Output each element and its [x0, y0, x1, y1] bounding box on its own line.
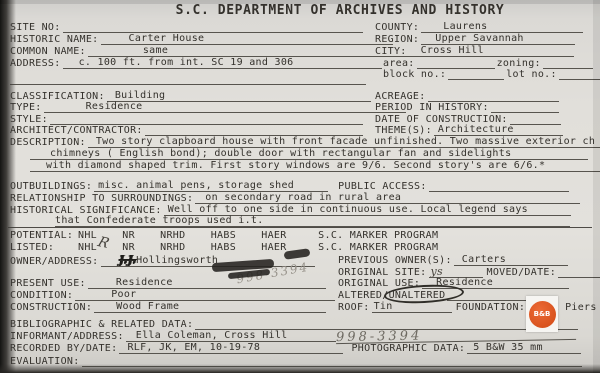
field-block-lot: block no.: lot no.: — [383, 68, 600, 80]
relationship-label: RELATIONSHIP TO SURROUNDINGS: — [10, 193, 193, 204]
recorded-value: RLF, JK, EM, 10-19-78 — [119, 342, 343, 354]
roof-label: ROOF: — [338, 302, 370, 313]
region-value: Upper Savannah — [421, 33, 575, 45]
field-evaluation: EVALUATION: — [10, 355, 582, 367]
field-recorded: RECORDED BY/DATE: RLF, JK, EM, 10-19-78 … — [10, 342, 581, 354]
field-relationship: RELATIONSHIP TO SURROUNDINGS: on seconda… — [10, 192, 580, 204]
type-value: Residence — [44, 101, 406, 113]
field-address-cont — [10, 73, 366, 85]
construction-label: CONSTRUCTION: — [10, 302, 92, 313]
field-previous-owner: PREVIOUS OWNER(S): Carters — [338, 254, 568, 266]
common-name-value: same — [88, 45, 420, 57]
field-county: COUNTY: Laurens — [375, 21, 583, 33]
bibliographic-label: BIBLIOGRAPHIC & RELATED DATA: — [10, 319, 193, 330]
field-type: TYPE: Residence — [10, 101, 406, 113]
watermark-logo: B&B — [526, 296, 558, 332]
field-condition: CONDITION: Poor — [10, 289, 335, 301]
description-line3: with diamond shaped trim. First story wi… — [30, 160, 600, 172]
field-roof-foundation: ROOF: Tin FOUNDATION: Brick Piers — [338, 301, 597, 313]
city-value: Cross Hill — [409, 45, 574, 57]
field-description: DESCRIPTION: Two story clapboard house w… — [10, 136, 600, 148]
site-no-label: SITE NO: — [10, 22, 61, 33]
field-city: CITY: Cross Hill — [375, 45, 574, 57]
field-bibliographic: BIBLIOGRAPHIC & RELATED DATA: — [10, 318, 578, 330]
field-common-name: COMMON NAME: same — [10, 45, 420, 57]
condition-value: Poor — [75, 289, 335, 301]
description-label: DESCRIPTION: — [10, 137, 86, 148]
block-no-label: block no.: — [383, 69, 446, 80]
photographic-value: 5 B&W 35 mm — [467, 342, 581, 354]
owner-label: OWNER/ADDRESS: — [10, 256, 99, 267]
listed-label: LISTED: — [10, 242, 76, 253]
field-period: PERIOD IN HISTORY: — [375, 101, 559, 113]
field-informant: INFORMANT/ADDRESS: Ella Coleman, Cross H… — [10, 330, 576, 342]
section-divider — [8, 227, 592, 228]
informant-label: INFORMANT/ADDRESS: — [10, 331, 124, 342]
watermark-logo-icon: B&B — [529, 301, 556, 328]
potential-options: NHL NR NRHD HABS HAER S.C. MARKER PROGRA… — [78, 230, 438, 241]
field-description-line2: chimneys ( English bond); double door wi… — [30, 148, 588, 160]
field-historic-name: HISTORIC NAME: Carter House — [10, 33, 393, 45]
lot-no-label: lot no.: — [506, 69, 557, 80]
present-use-label: PRESENT USE: — [10, 278, 86, 289]
county-label: COUNTY: — [375, 22, 419, 33]
address-cont-line — [10, 73, 366, 85]
listed-options: NHL NR NRHD HABS HAER S.C. MARKER PROGRA… — [78, 242, 438, 253]
potential-label: POTENTIAL: — [10, 230, 76, 241]
site-no-value — [63, 21, 363, 33]
description-line1: Two story clapboard house with front fac… — [88, 136, 600, 148]
informant-value: Ella Coleman, Cross Hill — [126, 330, 336, 342]
recorded-label: RECORDED BY/DATE: — [10, 343, 117, 354]
construction-value: Wood Frame — [94, 301, 326, 313]
outbuildings-value: misc. animal pens, storage shed — [94, 180, 328, 192]
field-potential: POTENTIAL: NHL NR NRHD HABS HAER S.C. MA… — [10, 230, 438, 241]
field-construction: CONSTRUCTION: Wood Frame — [10, 301, 326, 313]
owner-typed-name: Hollingsworth — [136, 255, 218, 266]
lot-no-value — [559, 68, 600, 80]
themes-label: THEME(S): — [375, 125, 432, 136]
present-use-value: Residence — [88, 277, 326, 289]
address-label: ADDRESS: — [10, 58, 61, 69]
historic-name-value: Carter House — [101, 33, 393, 45]
field-themes: THEME(S): Architecture — [375, 124, 563, 136]
themes-value: Architecture — [434, 124, 563, 136]
field-address: ADDRESS: c. 100 ft. from int. SC 19 and … — [10, 57, 382, 69]
architect-label: ARCHITECT/CONTRACTOR: — [10, 125, 143, 136]
evaluation-value — [82, 355, 582, 367]
field-site-no: SITE NO: — [10, 21, 363, 33]
county-value: Laurens — [421, 21, 583, 33]
field-description-line3: with diamond shaped trim. First story wi… — [30, 160, 600, 172]
field-historical-line2: that Confederate troops used i.t. — [55, 215, 570, 227]
relationship-value: on secondary road in rural area — [195, 192, 580, 204]
region-label: REGION: — [375, 34, 419, 45]
common-name-label: COMMON NAME: — [10, 46, 86, 57]
period-value — [491, 101, 559, 113]
type-label: TYPE: — [10, 102, 42, 113]
field-outbuildings: OUTBUILDINGS: misc. animal pens, storage… — [10, 180, 569, 192]
city-label: CITY: — [375, 46, 407, 57]
description-line2: chimneys ( English bond); double door wi… — [30, 148, 588, 160]
photographic-label: PHOTOGRAPHIC DATA: — [351, 343, 465, 354]
public-access-value — [429, 180, 569, 192]
field-present-use: PRESENT USE: Residence — [10, 277, 326, 289]
historical-line2: that Confederate troops used i.t. — [55, 215, 570, 227]
architect-value — [145, 124, 363, 136]
handwritten-owner-initials: J.J. — [119, 254, 137, 266]
previous-owner-label: PREVIOUS OWNER(S): — [338, 255, 452, 266]
scanned-form-page: S.C. DEPARTMENT OF ARCHIVES AND HISTORY … — [0, 0, 600, 373]
historic-name-label: HISTORIC NAME: — [10, 34, 99, 45]
address-value: c. 100 ft. from int. SC 19 and 306 — [63, 57, 382, 69]
evaluation-label: EVALUATION: — [10, 356, 80, 367]
field-listed: LISTED: NHL NR NRHD HABS HAER S.C. MARKE… — [10, 242, 438, 253]
public-access-label: PUBLIC ACCESS: — [338, 181, 427, 192]
condition-label: CONDITION: — [10, 290, 73, 301]
field-region: REGION: Upper Savannah — [375, 33, 575, 45]
period-label: PERIOD IN HISTORY: — [375, 102, 489, 113]
previous-owner-value: Carters — [454, 254, 568, 266]
form-title: S.C. DEPARTMENT OF ARCHIVES AND HISTORY — [80, 3, 600, 18]
scan-edge-right — [593, 0, 600, 373]
outbuildings-label: OUTBUILDINGS: — [10, 181, 92, 192]
field-architect: ARCHITECT/CONTRACTOR: — [10, 124, 363, 136]
block-no-value — [448, 68, 504, 80]
foundation-label: FOUNDATION: — [456, 302, 526, 313]
